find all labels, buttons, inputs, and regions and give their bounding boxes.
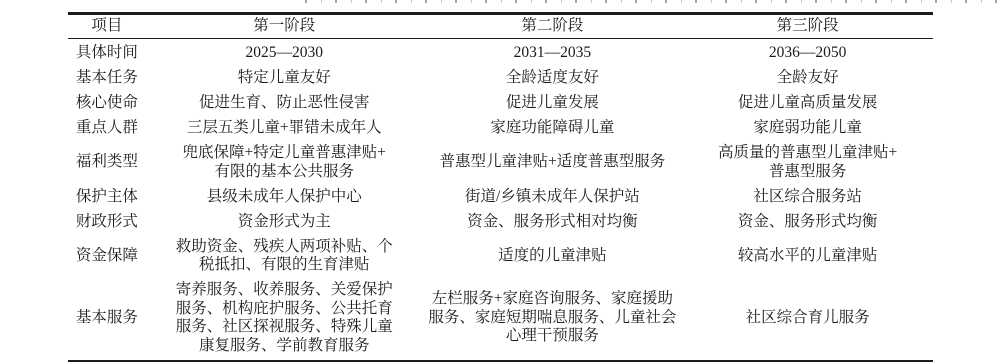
table-cell: 社区综合服务站 <box>682 185 933 210</box>
col-header-item: 项目 <box>68 14 146 39</box>
table-cell: 左栏服务+家庭咨询服务、家庭援助 服务、家庭短期喘息服务、儿童社会 心理干预服务 <box>423 278 683 361</box>
table-cell: 特定儿童友好 <box>146 66 423 91</box>
table-row: 财政形式 资金形式为主 资金、服务形式相对均衡 资金、服务形式均衡 <box>68 210 933 235</box>
row-label: 保护主体 <box>68 185 146 210</box>
table-row: 核心使命 促进生育、防止恶性侵害 促进儿童发展 促进儿童高质量发展 <box>68 91 933 116</box>
table-cell: 资金形式为主 <box>146 210 423 235</box>
row-label: 资金保障 <box>68 235 146 279</box>
table-row: 基本任务 特定儿童友好 全龄适度友好 全龄友好 <box>68 66 933 91</box>
table-cell: 家庭功能障碍儿童 <box>423 116 683 141</box>
table-cell: 2031—2035 <box>423 39 683 67</box>
table-cell: 促进儿童高质量发展 <box>682 91 933 116</box>
row-label: 财政形式 <box>68 210 146 235</box>
table-cell: 适度的儿童津贴 <box>423 235 683 279</box>
table-cell: 高质量的普惠型儿童津贴+ 普惠型服务 <box>682 141 933 185</box>
table-cell: 2025—2030 <box>146 39 423 67</box>
table-cell: 社区综合育儿服务 <box>682 278 933 361</box>
table-cell: 资金、服务形式相对均衡 <box>423 210 683 235</box>
row-label: 基本服务 <box>68 278 146 361</box>
table-row: 具体时间 2025—2030 2031—2035 2036—2050 <box>68 39 933 67</box>
col-header-phase-2: 第二阶段 <box>423 14 683 39</box>
table-cell: 救助资金、残疾人两项补贴、个 税抵扣、有限的生育津贴 <box>146 235 423 279</box>
table-row: 福利类型 兜底保障+特定儿童普惠津贴+ 有限的基本公共服务 普惠型儿童津贴+适度… <box>68 141 933 185</box>
table-header-row: 项目 第一阶段 第二阶段 第三阶段 <box>68 14 933 39</box>
table-cell: 三层五类儿童+罪错未成年人 <box>146 116 423 141</box>
col-header-phase-1: 第一阶段 <box>146 14 423 39</box>
table-row: 重点人群 三层五类儿童+罪错未成年人 家庭功能障碍儿童 家庭弱功能儿童 <box>68 116 933 141</box>
row-label: 重点人群 <box>68 116 146 141</box>
table-row: 基本服务 寄养服务、收养服务、关爱保护 服务、机构庇护服务、公共托育 服务、社区… <box>68 278 933 361</box>
table-cell: 2036—2050 <box>682 39 933 67</box>
stage-comparison-table: 项目 第一阶段 第二阶段 第三阶段 具体时间 2025—2030 2031—20… <box>68 12 933 362</box>
table-cell: 全龄适度友好 <box>423 66 683 91</box>
row-label: 具体时间 <box>68 39 146 67</box>
row-label: 福利类型 <box>68 141 146 185</box>
table-row: 保护主体 县级未成年人保护中心 街道/乡镇未成年人保护站 社区综合服务站 <box>68 185 933 210</box>
row-label: 核心使命 <box>68 91 146 116</box>
table: 项目 第一阶段 第二阶段 第三阶段 具体时间 2025—2030 2031—20… <box>68 12 933 362</box>
table-cell: 资金、服务形式均衡 <box>682 210 933 235</box>
table-cell: 全龄友好 <box>682 66 933 91</box>
table-cell: 寄养服务、收养服务、关爱保护 服务、机构庇护服务、公共托育 服务、社区探视服务、… <box>146 278 423 361</box>
table-cell: 家庭弱功能儿童 <box>682 116 933 141</box>
table-cell: 兜底保障+特定儿童普惠津贴+ 有限的基本公共服务 <box>146 141 423 185</box>
table-cell: 普惠型儿童津贴+适度普惠型服务 <box>423 141 683 185</box>
table-cell: 街道/乡镇未成年人保护站 <box>423 185 683 210</box>
table-row: 资金保障 救助资金、残疾人两项补贴、个 税抵扣、有限的生育津贴 适度的儿童津贴 … <box>68 235 933 279</box>
table-cell: 县级未成年人保护中心 <box>146 185 423 210</box>
table-cell: 促进生育、防止恶性侵害 <box>146 91 423 116</box>
table-cell: 较高水平的儿童津贴 <box>682 235 933 279</box>
table-cell: 促进儿童发展 <box>423 91 683 116</box>
row-label: 基本任务 <box>68 66 146 91</box>
col-header-phase-3: 第三阶段 <box>682 14 933 39</box>
cropped-caption-remnant <box>305 0 1000 3</box>
